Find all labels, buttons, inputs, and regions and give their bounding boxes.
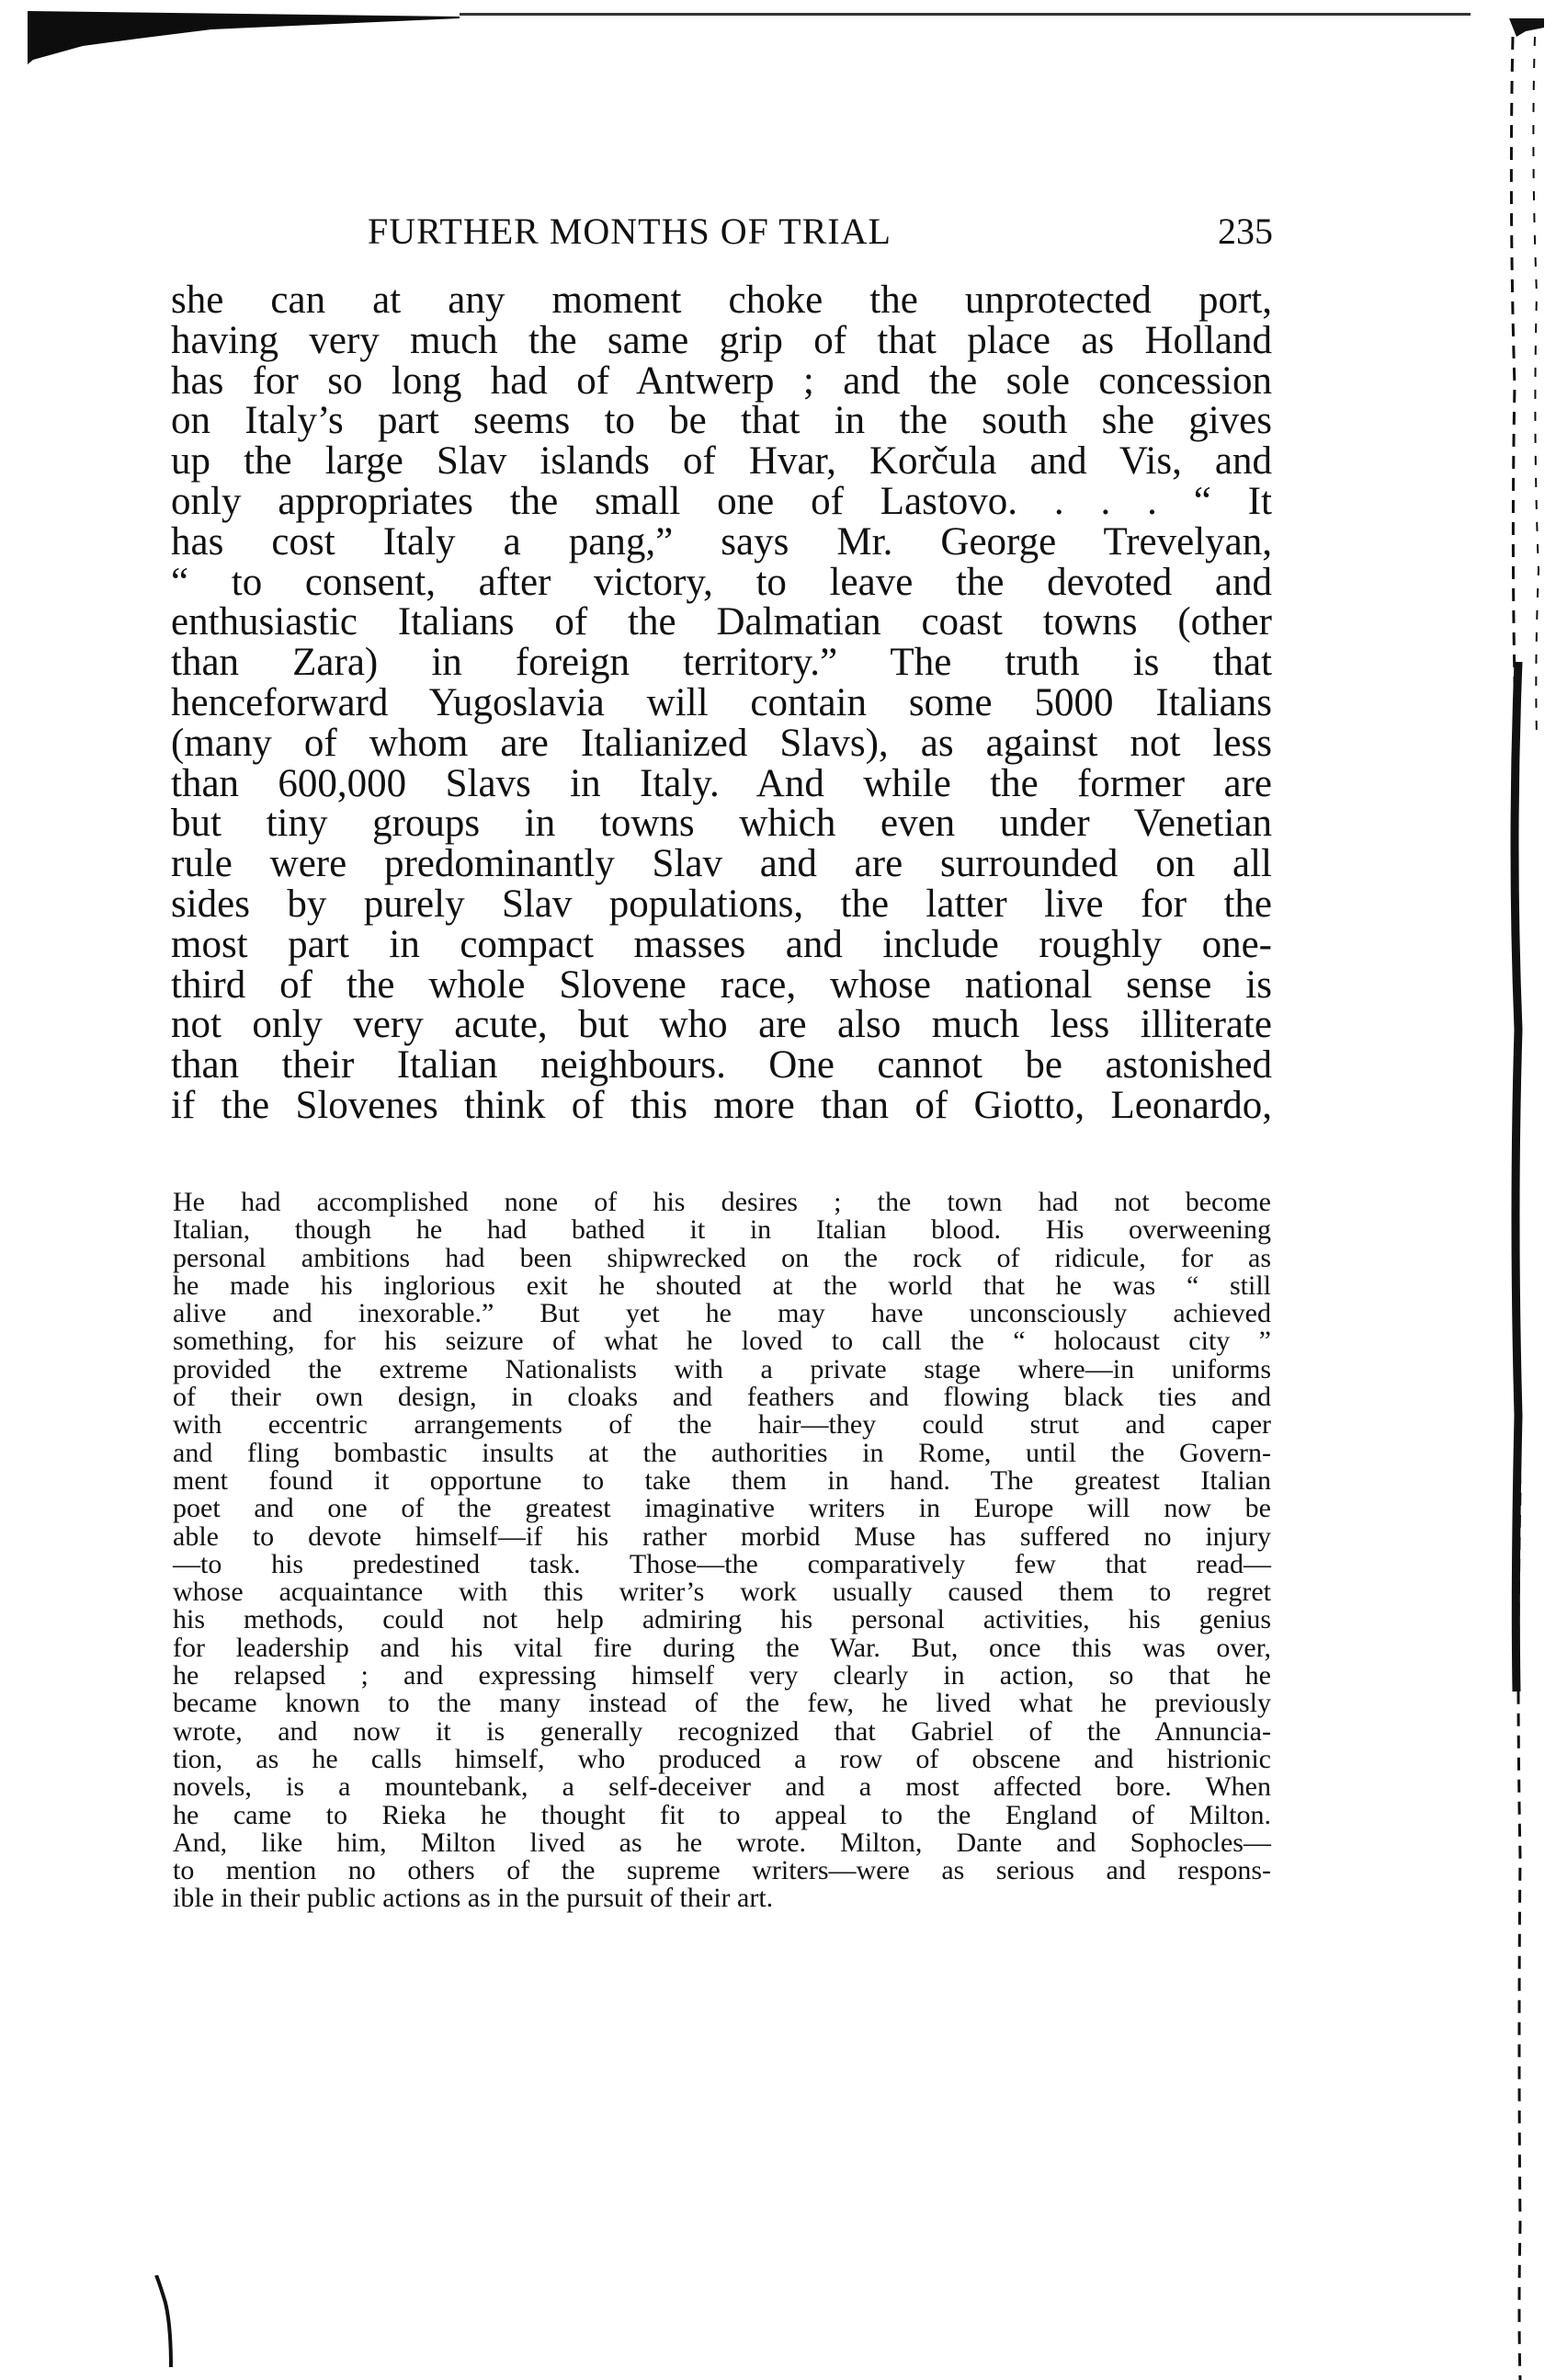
footnote-line: ible in their public actions as in the p… — [173, 1885, 1271, 1912]
body-line: rule were predominantly Slav and are sur… — [171, 844, 1272, 884]
body-line: up the large Slav islands of Hvar, Korču… — [171, 441, 1272, 482]
scan-shadow-top-left — [28, 9, 460, 64]
body-line: third of the whole Slovene race, whose n… — [171, 965, 1272, 1006]
main-body-text: she can at any moment choke the unprotec… — [171, 280, 1272, 1126]
running-head: FURTHER MONTHS OF TRIAL 235 — [368, 204, 1287, 259]
footnote-line: something, for his seizure of what he lo… — [173, 1327, 1271, 1355]
footnote-text: He had accomplished none of his desires … — [173, 1189, 1271, 1913]
body-line: she can at any moment choke the unprotec… — [171, 280, 1272, 321]
footnote-line: Italian, though he had bathed it in Ital… — [173, 1216, 1271, 1244]
body-line: (many of whom are Italianized Slavs), as… — [171, 723, 1272, 764]
body-line: “ to consent, after victory, to leave th… — [171, 563, 1272, 603]
chapter-title: FURTHER MONTHS OF TRIAL — [368, 204, 892, 259]
footnote-line: ment found it opportune to take them in … — [173, 1467, 1271, 1495]
body-line: enthusiastic Italians of the Dalmatian c… — [171, 602, 1272, 643]
footnote-line: whose acquaintance with this writer’s wo… — [173, 1578, 1271, 1606]
footnote-line: became known to the many instead of the … — [173, 1690, 1271, 1717]
body-line: henceforward Yugoslavia will contain som… — [171, 683, 1272, 723]
footnote-line: able to devote himself—if his rather mor… — [173, 1523, 1271, 1551]
footnote-line: he relapsed ; and expressing himself ver… — [173, 1662, 1271, 1690]
body-line: than 600,000 Slavs in Italy. And while t… — [171, 764, 1272, 804]
footnote-line: with eccentric arrangements of the hair—… — [173, 1411, 1271, 1439]
footnote-line: tion, as he calls himself, who produced … — [173, 1746, 1271, 1773]
footnote-line: he came to Rieka he thought fit to appea… — [173, 1802, 1271, 1829]
footnote-line: of their own design, in cloaks and feath… — [173, 1384, 1271, 1411]
footnote-line: He had accomplished none of his desires … — [173, 1189, 1271, 1216]
body-line: not only very acute, but who are also mu… — [171, 1005, 1272, 1045]
footnote-line: personal ambitions had been shipwrecked … — [173, 1245, 1271, 1272]
body-line: on Italy’s part seems to be that in the … — [171, 401, 1272, 441]
footnote-line: and fling bombastic insults at the autho… — [173, 1440, 1271, 1467]
body-line: most part in compact masses and include … — [171, 925, 1272, 965]
page-number: 235 — [1218, 204, 1273, 259]
scanned-book-page: FURTHER MONTHS OF TRIAL 235 she can at a… — [0, 0, 1556, 2380]
footnote-line: —to his predestined task. Those—the comp… — [173, 1551, 1271, 1578]
footnote-line: wrote, and now it is generally recognize… — [173, 1718, 1271, 1746]
footnote-line: alive and inexorable.” But yet he may ha… — [173, 1300, 1271, 1327]
body-line: than their Italian neighbours. One canno… — [171, 1045, 1272, 1086]
scan-edge-right — [1507, 18, 1556, 2380]
body-line: if the Slovenes think of this more than … — [171, 1086, 1272, 1126]
footnote-line: he made his inglorious exit he shouted a… — [173, 1272, 1271, 1300]
scan-mark-bottom-left — [147, 2275, 193, 2367]
body-line: but tiny groups in towns which even unde… — [171, 803, 1272, 844]
footnote-line: his methods, could not help admiring his… — [173, 1606, 1271, 1634]
footnote-line: provided the extreme Nationalists with a… — [173, 1356, 1271, 1384]
footnote-line: poet and one of the greatest imaginative… — [173, 1495, 1271, 1522]
body-line: only appropriates the small one of Lasto… — [171, 482, 1272, 522]
footnote-line: for leadership and his vital fire during… — [173, 1634, 1271, 1662]
body-line: than Zara) in foreign territory.” The tr… — [171, 643, 1272, 683]
footnote-line: to mention no others of the supreme writ… — [173, 1857, 1271, 1885]
body-line: has cost Italy a pang,” says Mr. George … — [171, 522, 1272, 563]
scan-edge-line-top — [460, 13, 1471, 16]
body-line: has for so long had of Antwerp ; and the… — [171, 361, 1272, 402]
body-line: having very much the same grip of that p… — [171, 321, 1272, 361]
footnote-line: And, like him, Milton lived as he wrote.… — [173, 1829, 1271, 1857]
footnote-line: novels, is a mountebank, a self-deceiver… — [173, 1773, 1271, 1801]
body-line: sides by purely Slav populations, the la… — [171, 884, 1272, 925]
